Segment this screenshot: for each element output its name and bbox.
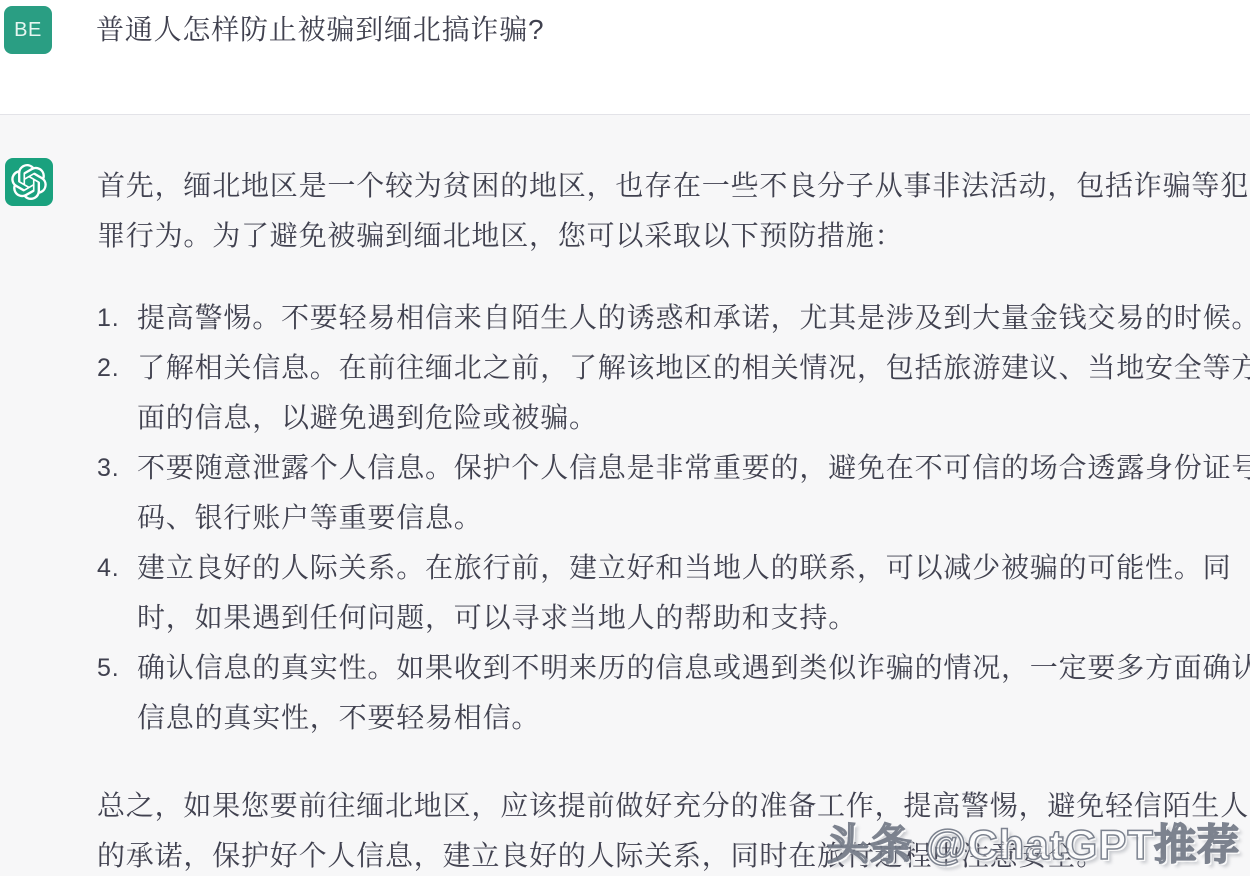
list-item: 5. 确认信息的真实性。如果收到不明来历的信息或遇到类似诈骗的情况，一定要多方面…	[97, 643, 1250, 743]
list-item: 2. 了解相关信息。在前往缅北之前，了解该地区的相关情况，包括旅游建议、当地安全…	[97, 343, 1250, 443]
prevention-tips-list: 1. 提高警惕。不要轻易相信来自陌生人的诱惑和承诺，尤其是涉及到大量金钱交易的时…	[97, 293, 1250, 743]
assistant-intro-paragraph: 首先，缅北地区是一个较为贫困的地区，也存在一些不良分子从事非法活动，包括诈骗等犯…	[97, 161, 1250, 261]
text-line: 建立良好的人际关系。在旅行前，建立好和当地人的联系，可以减少被骗的可能性。同	[137, 543, 1231, 593]
text-line: 了解相关信息。在前往缅北之前，了解该地区的相关情况，包括旅游建议、当地安全等方	[137, 343, 1250, 393]
openai-logo-icon	[11, 164, 47, 200]
list-item: 3. 不要随意泄露个人信息。保护个人信息是非常重要的，避免在不可信的场合透露身份…	[97, 443, 1250, 543]
list-item-text: 确认信息的真实性。如果收到不明来历的信息或遇到类似诈骗的情况，一定要多方面确认 …	[137, 643, 1250, 743]
text-line: 提高警惕。不要轻易相信来自陌生人的诱惑和承诺，尤其是涉及到大量金钱交易的时候。	[137, 293, 1250, 343]
list-item-number: 4.	[97, 543, 137, 593]
user-question-text: 普通人怎样防止被骗到缅北搞诈骗?	[96, 5, 544, 55]
list-item: 4. 建立良好的人际关系。在旅行前，建立好和当地人的联系，可以减少被骗的可能性。…	[97, 543, 1250, 643]
list-item-number: 5.	[97, 643, 137, 693]
user-message-content: 普通人怎样防止被骗到缅北搞诈骗?	[96, 0, 544, 55]
text-line: 时，如果遇到任何问题，可以寻求当地人的帮助和支持。	[137, 593, 1231, 643]
toutiao-watermark: 头条 @ChatGPT推荐	[827, 812, 1240, 872]
list-item-text: 了解相关信息。在前往缅北之前，了解该地区的相关情况，包括旅游建议、当地安全等方 …	[137, 343, 1250, 443]
user-message-row: BE 普通人怎样防止被骗到缅北搞诈骗?	[0, 0, 1250, 115]
text-line: 码、银行账户等重要信息。	[137, 493, 1250, 543]
list-item: 1. 提高警惕。不要轻易相信来自陌生人的诱惑和承诺，尤其是涉及到大量金钱交易的时…	[97, 293, 1250, 343]
user-avatar: BE	[4, 6, 52, 54]
assistant-message-content: 首先，缅北地区是一个较为贫困的地区，也存在一些不良分子从事非法活动，包括诈骗等犯…	[97, 115, 1250, 876]
assistant-avatar	[5, 158, 53, 206]
list-item-number: 3.	[97, 443, 137, 493]
text-line: 确认信息的真实性。如果收到不明来历的信息或遇到类似诈骗的情况，一定要多方面确认	[137, 643, 1250, 693]
text-line: 罪行为。为了避免被骗到缅北地区，您可以采取以下预防措施：	[97, 211, 1250, 261]
text-line: 信息的真实性，不要轻易相信。	[137, 693, 1250, 743]
assistant-message-row: 首先，缅北地区是一个较为贫困的地区，也存在一些不良分子从事非法活动，包括诈骗等犯…	[0, 115, 1250, 876]
list-item-text: 不要随意泄露个人信息。保护个人信息是非常重要的，避免在不可信的场合透露身份证号 …	[137, 443, 1250, 543]
list-item-number: 2.	[97, 343, 137, 393]
list-item-text: 提高警惕。不要轻易相信来自陌生人的诱惑和承诺，尤其是涉及到大量金钱交易的时候。	[137, 293, 1250, 343]
text-line: 不要随意泄露个人信息。保护个人信息是非常重要的，避免在不可信的场合透露身份证号	[137, 443, 1250, 493]
user-avatar-initials: BE	[14, 19, 42, 42]
text-line: 首先，缅北地区是一个较为贫困的地区，也存在一些不良分子从事非法活动，包括诈骗等犯	[97, 161, 1250, 211]
list-item-text: 建立良好的人际关系。在旅行前，建立好和当地人的联系，可以减少被骗的可能性。同 时…	[137, 543, 1231, 643]
text-line: 面的信息，以避免遇到危险或被骗。	[137, 393, 1250, 443]
list-item-number: 1.	[97, 293, 137, 343]
